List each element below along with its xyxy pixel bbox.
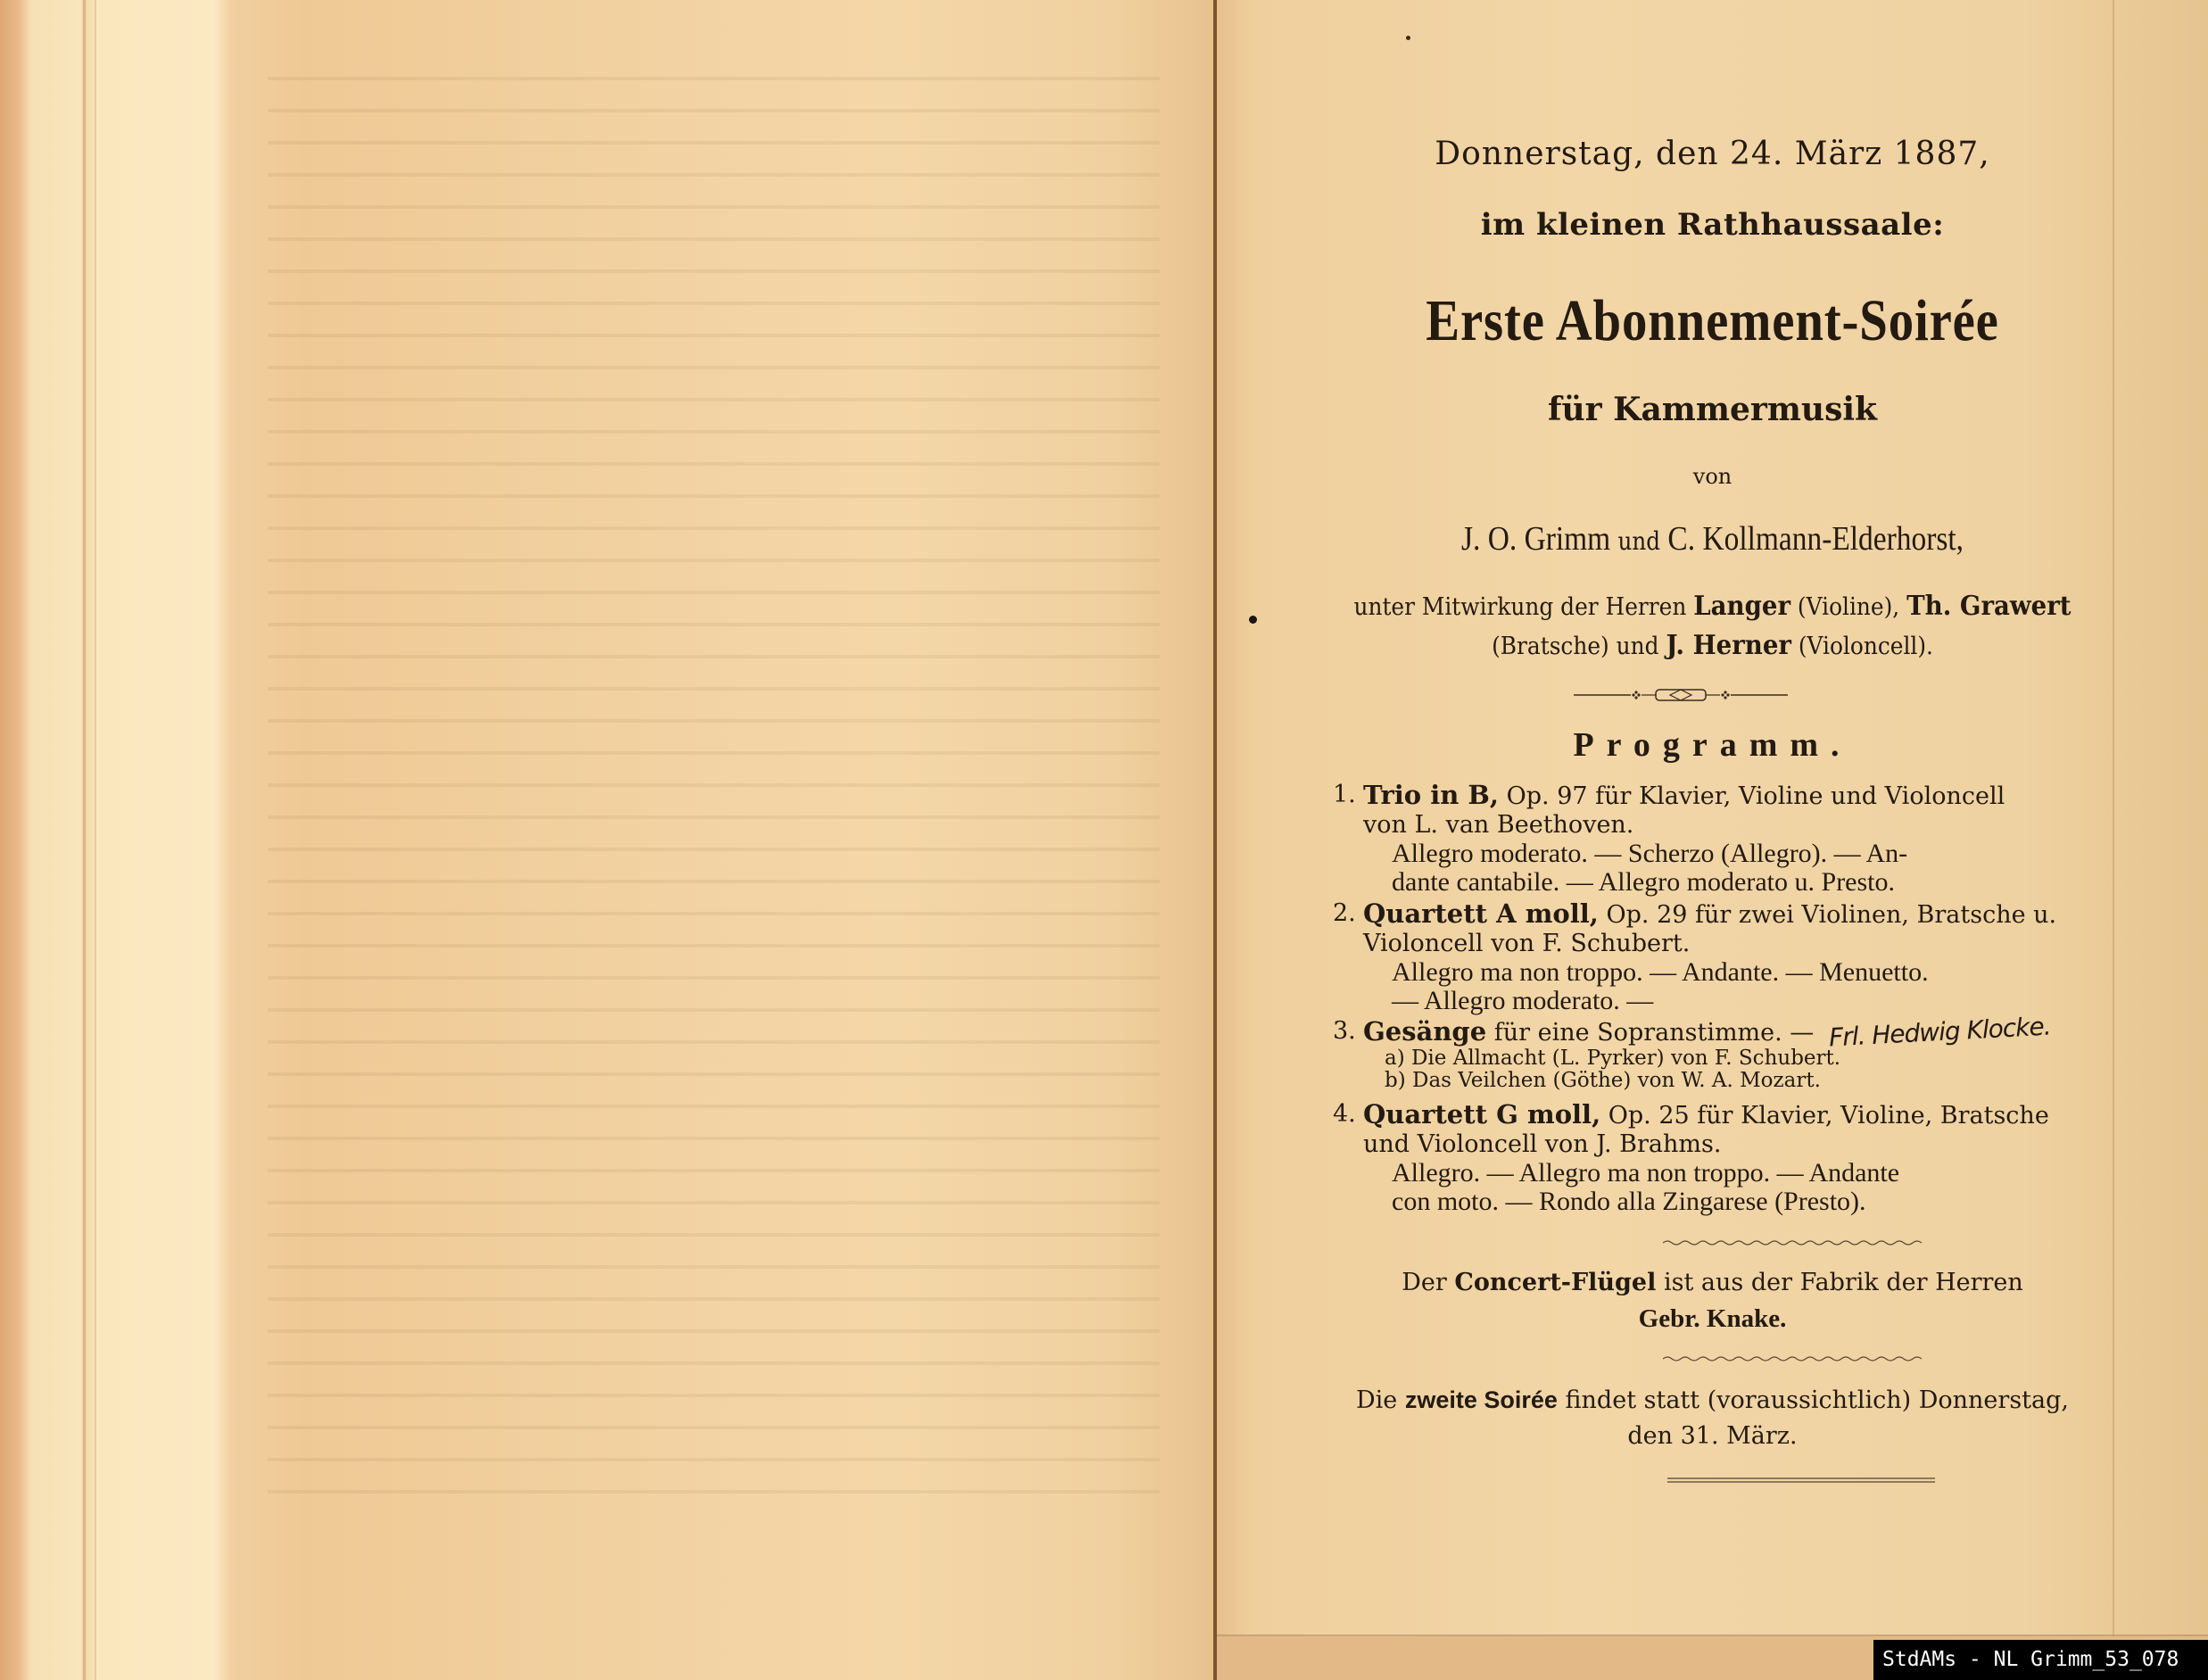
- next-concert-date: den 31. März.: [1217, 1422, 2208, 1450]
- program-item: 2. Quartett A moll, Op. 29 für zwei Viol…: [1333, 899, 2136, 1015]
- next-concert-line: Die zweite Soirée findet statt (voraussi…: [1217, 1386, 2208, 1414]
- item-number: 4.: [1333, 1100, 1360, 1129]
- piano-note-bold: Concert-Flügel: [1454, 1269, 1656, 1296]
- movements-line: Allegro moderato. — Scherzo (Allegro). —…: [1333, 840, 2136, 868]
- work-title: Gesänge: [1363, 1016, 1486, 1047]
- piano-note-prefix: Der: [1402, 1269, 1447, 1296]
- page-fold-line: [83, 0, 86, 1680]
- wavy-rule-icon: [1663, 1238, 1922, 1247]
- work-details: Op. 97 für Klavier, Violine und Violonce…: [1507, 782, 2005, 810]
- assisting-line-1: unter Mitwirkung der Herren Langer (Viol…: [1256, 591, 2168, 622]
- movements-line: Allegro. — Allegro ma non troppo. — Anda…: [1333, 1159, 2136, 1188]
- handwritten-annotation: Frl. Hedwig Klocke.: [1828, 1013, 2051, 1053]
- left-page-blank: [0, 0, 1215, 1680]
- wavy-rule-icon: [1663, 1354, 1922, 1363]
- song-line: a) Die Allmacht (L. Pyrker) von F. Schub…: [1333, 1047, 2136, 1070]
- page-fold-line-secondary: [95, 0, 96, 1680]
- composer-line: von L. van Beethoven.: [1333, 811, 2136, 840]
- assistant-name-3: J. Herner: [1666, 630, 1790, 661]
- next-concert-bold: zweite Soirée: [1405, 1386, 1558, 1413]
- work-details: Op. 25 für Klavier, Violine, Bratsche: [1608, 1102, 2049, 1130]
- piano-note-suffix: ist aus der Fabrik der Herren: [1664, 1269, 2023, 1296]
- work-details: für eine Sopranstimme. —: [1494, 1019, 1815, 1047]
- and-word: und: [1618, 526, 1661, 556]
- by-label: von: [1217, 464, 2208, 489]
- date-line: Donnerstag, den 24. März 1887,: [1217, 136, 2208, 172]
- movements-line: — Allegro moderato. —: [1333, 987, 2136, 1015]
- double-rule-divider: [1667, 1477, 1935, 1483]
- item-title-line: Quartett G moll, Op. 25 für Klavier, Vio…: [1333, 1100, 2136, 1130]
- performers-line: J. O. Grimm und C. Kollmann-Elderhorst,: [1277, 519, 2149, 559]
- performer-name-1: J. O. Grimm: [1461, 520, 1610, 558]
- movements-line: Allegro ma non troppo. — Andante. — Menu…: [1333, 958, 2136, 987]
- item-title-line: Quartett A moll, Op. 29 für zwei Violine…: [1333, 899, 2136, 930]
- program-item: 4. Quartett G moll, Op. 25 für Klavier, …: [1333, 1100, 2136, 1216]
- next-concert-prefix: Die: [1356, 1386, 1397, 1414]
- page-title: Erste Abonnement-Soirée: [1286, 287, 2138, 355]
- ink-speck: [1406, 36, 1410, 40]
- work-title: Quartett A moll,: [1363, 898, 1599, 929]
- song-line: b) Das Veilchen (Göthe) von W. A. Mozart…: [1333, 1070, 2136, 1092]
- piano-maker: Gebr. Knake.: [1217, 1304, 2208, 1334]
- archive-reference-label: StdAMs - NL Grimm_53_078: [1873, 1640, 2208, 1680]
- assistant-instrument-1: (Violine),: [1798, 593, 1899, 621]
- item-title-line: Gesänge für eine Sopranstimme. — Frl. He…: [1333, 1017, 2136, 1047]
- assistant-name-2: Th. Grawert: [1906, 591, 2071, 622]
- venue-line: im kleinen Rathhaussaale:: [1217, 207, 2208, 243]
- composer-line: Violoncell von F. Schubert.: [1333, 930, 2136, 958]
- performer-name-2: C. Kollmann-Elderhorst,: [1667, 520, 1964, 558]
- assisting-prefix: unter Mitwirkung der Herren: [1353, 593, 1686, 621]
- program-item: 1. Trio in B, Op. 97 für Klavier, Violin…: [1333, 781, 2136, 897]
- and-word: und: [1617, 633, 1659, 660]
- item-number: 1.: [1333, 781, 1360, 809]
- item-number: 2.: [1333, 899, 1360, 928]
- next-concert-suffix: findet statt (voraussichtlich) Donnersta…: [1566, 1386, 2069, 1414]
- work-title: Trio in B,: [1363, 780, 1499, 810]
- item-number: 3.: [1333, 1017, 1360, 1046]
- piano-note-line: Der Concert-Flügel ist aus der Fabrik de…: [1217, 1269, 2208, 1296]
- subtitle: für Kammermusik: [1217, 391, 2208, 428]
- program-content: Donnerstag, den 24. März 1887, im kleine…: [1217, 0, 2208, 1680]
- movements-line: con moto. — Rondo alla Zingarese (Presto…: [1333, 1188, 2136, 1216]
- show-through-texture: [268, 54, 1160, 1517]
- work-title: Quartett G moll,: [1363, 1099, 1600, 1130]
- assistant-instrument-3: (Violoncell).: [1799, 633, 1933, 660]
- movements-line: dante cantabile. — Allegro moderato u. P…: [1333, 868, 2136, 897]
- assistant-name-1: Langer: [1693, 591, 1790, 622]
- program-item: 3. Gesänge für eine Sopranstimme. — Frl.…: [1333, 1017, 2136, 1092]
- work-details: Op. 29 für zwei Violinen, Bratsche u.: [1607, 901, 2057, 929]
- right-page-program: Donnerstag, den 24. März 1887, im kleine…: [1217, 0, 2208, 1680]
- program-heading: Programm.: [1217, 725, 2208, 765]
- assisting-line-2: (Bratsche) und J. Herner (Violoncell).: [1256, 630, 2168, 661]
- item-title-line: Trio in B, Op. 97 für Klavier, Violine u…: [1333, 781, 2136, 811]
- scanned-book-spread: Donnerstag, den 24. März 1887, im kleine…: [0, 0, 2208, 1680]
- composer-line: und Violoncell von J. Brahms.: [1333, 1130, 2136, 1159]
- ornament-divider-icon: [1574, 685, 1788, 705]
- assistant-instrument-2: (Bratsche): [1492, 633, 1609, 660]
